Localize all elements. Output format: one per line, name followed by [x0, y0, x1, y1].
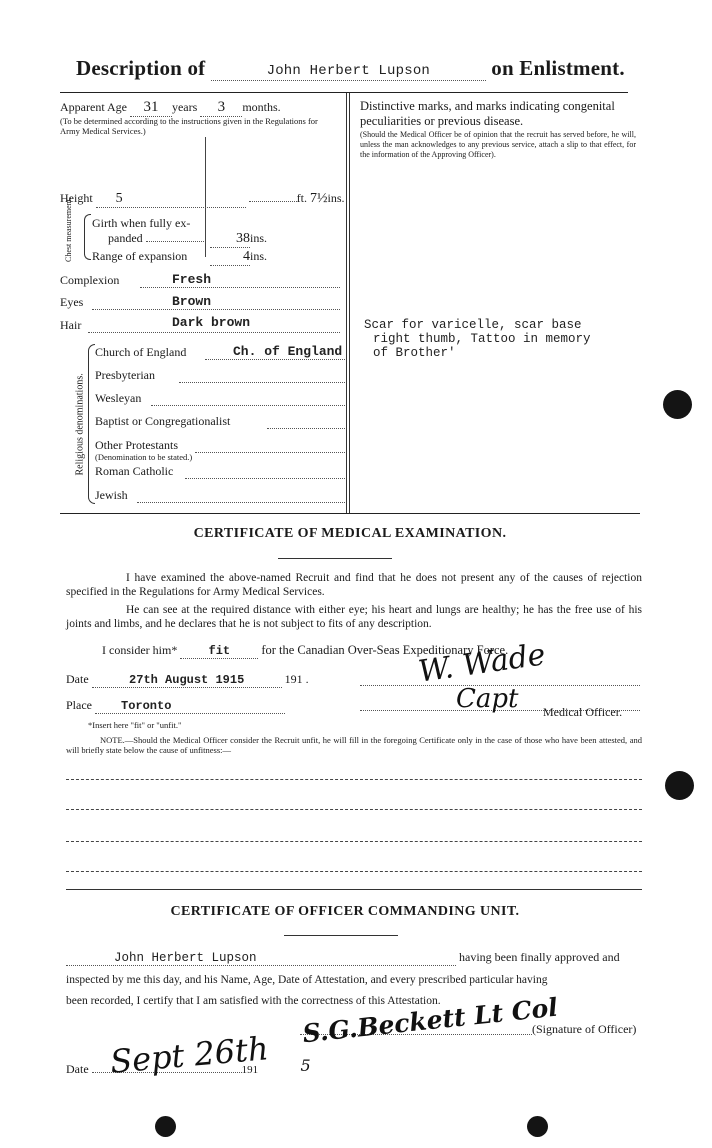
unfit-note: NOTE.—Should the Medical Officer conside… [66, 735, 642, 755]
apparent-age-row: Apparent Age 31years 3months. [60, 99, 281, 117]
unfitness-line [66, 871, 642, 872]
title-underline [278, 558, 392, 559]
unfitness-line [66, 889, 642, 890]
age-months: 3 [218, 99, 226, 115]
punch-hole [155, 1116, 176, 1137]
title-prefix: Description of [76, 56, 205, 80]
religion-item: Presbyterian [95, 368, 345, 383]
girth-row: panded [108, 231, 204, 246]
punch-hole [663, 390, 692, 419]
chest-brace [84, 214, 91, 260]
range-row: Range of expansion [92, 249, 187, 264]
unfitness-line [66, 779, 642, 780]
complexion-row: Complexion Fresh [60, 273, 340, 288]
punch-hole [665, 771, 694, 800]
girth-value-row: 38ins. [210, 231, 267, 248]
distinctive-marks-note: (Should the Medical Officer be of opinio… [360, 130, 636, 160]
punch-hole [527, 1116, 548, 1137]
medical-date-row: Date 27th August 1915 191 . [66, 672, 309, 688]
medical-place-value: Toronto [95, 699, 171, 713]
religion-item: Wesleyan [95, 391, 345, 406]
religion-note: (Denomination to be stated.) [95, 452, 192, 462]
distinctive-marks-heading: Distinctive marks, and marks indicating … [360, 99, 615, 129]
column-divider [346, 93, 347, 513]
section-rule [60, 513, 640, 514]
medical-place-row: Place Toronto [66, 698, 285, 714]
eyes-value: Brown [172, 294, 211, 309]
co-signature-label: (Signature of Officer) [532, 1022, 636, 1037]
title-suffix: on Enlistment. [491, 56, 625, 80]
title-underline [284, 935, 398, 936]
girth-label-1: Girth when fully ex- [92, 216, 190, 231]
hair-value: Dark brown [172, 315, 250, 330]
co-date-year: 1915 [270, 1056, 311, 1075]
commanding-certificate-title: CERTIFICATE OF OFFICER COMMANDING UNIT. [60, 904, 630, 920]
height-ins: 7½ [310, 191, 328, 206]
religion-item: Other Protestants [95, 438, 345, 453]
religion-item: Church of England Ch. of England [95, 345, 345, 360]
religion-item: Jewish [95, 488, 345, 503]
co-name-row: John Herbert Lupson having been finally … [66, 950, 642, 966]
insert-note: *Insert here "fit" or "unfit." [88, 720, 181, 730]
range-value: 4 [243, 249, 250, 264]
height-ft: 5 [96, 191, 123, 206]
medical-para-1: I have examined the above-named Recruit … [66, 571, 642, 599]
complexion-value: Fresh [172, 272, 211, 287]
eyes-row: Eyes Brown [60, 295, 340, 310]
religion-group-label: Religious denominations. [75, 376, 86, 476]
fitness-value: fit [209, 644, 231, 658]
age-years: 31 [143, 99, 158, 115]
height-row: Height 5 ft. 7½ins. [60, 191, 345, 208]
medical-para-2: He can see at the required distance with… [66, 603, 642, 631]
form-title: Description of John Herbert Lupson on En… [76, 56, 636, 84]
religion-brace [88, 344, 95, 504]
unfitness-line [66, 809, 642, 810]
medical-date-value: 27th August 1915 [129, 673, 244, 687]
medical-officer-label: Medical Officer. [543, 705, 622, 720]
recruit-name: John Herbert Lupson [267, 63, 430, 79]
age-note: (To be determined according to the instr… [60, 116, 338, 136]
co-recruit-name: John Herbert Lupson [66, 951, 257, 965]
co-line-2: inspected by me this day, and his Name, … [66, 973, 642, 987]
hair-row: Hair Dark brown [60, 318, 340, 333]
girth-value: 38 [236, 231, 250, 246]
distinctive-marks-text: Scar for varicelle, scar base right thum… [364, 318, 591, 360]
header-rule [60, 92, 628, 93]
column-divider-inner [349, 93, 350, 513]
religion-item: Roman Catholic [95, 464, 345, 479]
chest-label: Chest measurement. [64, 212, 74, 262]
medical-officer-rank: Capt [456, 684, 519, 714]
religion-item: Baptist or Congregationalist [95, 414, 345, 429]
unfitness-line [66, 841, 642, 842]
religion-value: Ch. of England [233, 344, 342, 359]
range-value-row: 4ins. [210, 249, 267, 266]
medical-certificate-title: CERTIFICATE OF MEDICAL EXAMINATION. [60, 526, 640, 542]
